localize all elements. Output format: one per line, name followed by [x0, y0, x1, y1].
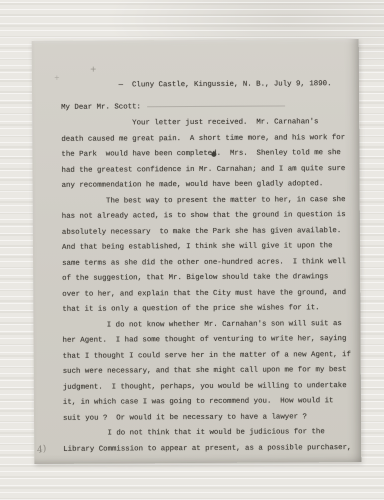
letter-line: I do not think that it would be judiciou…: [63, 425, 351, 442]
pencil-plus-icon: +: [54, 74, 60, 82]
letter-line: The best way to present the matter to he…: [62, 193, 350, 210]
letter-line: Your letter just received. Mr. Carnahan'…: [61, 115, 349, 132]
letter-line: of the suggestion, that Mr. Bigelow shou…: [62, 270, 350, 287]
letter-line: that it is only a question of the price …: [62, 301, 350, 318]
letter-line: death caused me great pain. A short time…: [61, 131, 349, 148]
letter-salutation: My Dear Mr. Scott:: [61, 100, 141, 116]
letter-line: suit you ? Or would it be necessary to h…: [63, 410, 351, 427]
letter-line: had the greatest confidence in Mr. Carna…: [61, 162, 349, 179]
letter-body: Your letter just received. Mr. Carnahan'…: [61, 115, 351, 458]
letter-page: + + — Cluny Castle, Kingussie, N. B., Ju…: [32, 39, 362, 464]
letter-line: any recommendation he made, would have b…: [62, 177, 350, 194]
letter-line: over to her, and explain that the City m…: [62, 286, 350, 303]
letter-line: And that being established, I think she …: [62, 239, 350, 256]
letter-line: the Park would have been completed. Mrs.…: [61, 146, 349, 163]
pencil-squiggle-mark: 4): [36, 444, 47, 456]
letter-line: Library Commission to appear at present,…: [63, 441, 351, 458]
photo-background: + + — Cluny Castle, Kingussie, N. B., Ju…: [0, 0, 384, 500]
letter-line: same terms as she did the other one-hund…: [62, 255, 350, 272]
letter-dateline: — Cluny Castle, Kingussie, N. B., July 9…: [61, 77, 332, 94]
letter-line: judgment. I thought, perhaps, you would …: [63, 379, 351, 396]
letter-line: I do not know whether Mr. Carnahan's son…: [62, 317, 350, 334]
letter-line: has not already acted, is to show that t…: [62, 208, 350, 225]
letter-line: such were necessary, and that she might …: [63, 363, 351, 380]
letter-line: it, in which case I was going to recomme…: [63, 394, 351, 411]
pencil-scratch-line: [147, 105, 285, 107]
pencil-plus-icon: +: [90, 65, 97, 74]
letter-line: her Agent. I had some thought of venturi…: [63, 332, 351, 349]
letter-line: that I thought I could serve her in the …: [63, 348, 351, 365]
letter-line: absolutely necessary to make the Park sh…: [62, 224, 350, 241]
